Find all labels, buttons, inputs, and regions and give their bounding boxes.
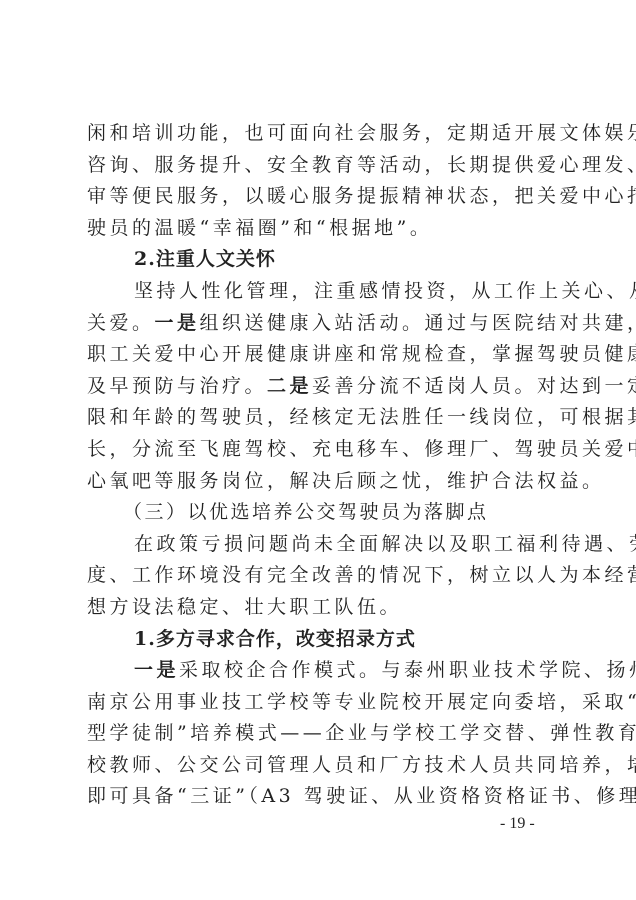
paragraph-line: 坚持人性化管理，注重感情投资，从工作上关心、从生活上	[87, 276, 559, 308]
paragraph-line: 心氧吧等服务岗位，解决后顾之忧，维护合法权益。	[87, 466, 559, 498]
paragraph-line: 限和年龄的驾驶员，经核定无法胜任一线岗位，可根据其经验特	[87, 402, 559, 434]
heading-number: 2.	[134, 248, 156, 270]
subsection-heading-1: 1.多方寻求合作，改变招录方式	[87, 624, 559, 656]
emphasis-text: 一是	[134, 659, 179, 681]
paragraph-line: 在政策亏损问题尚未全面解决以及职工福利待遇、劳动强	[87, 529, 559, 561]
paragraph-line: 校教师、公交公司管理人员和厂方技术人员共同培养，培养合格	[87, 750, 559, 782]
paragraph-line: 度、工作环境没有完全改善的情况下，树立以人为本经营理念，	[87, 560, 559, 592]
page-number: - 19 -	[500, 815, 535, 833]
paragraph-line: 想方设法稳定、壮大职工队伍。	[87, 592, 559, 624]
paragraph-line: 驶员的温暖“幸福圈”和“根据地”。	[87, 213, 559, 245]
paragraph-line: 长，分流至飞鹿驾校、充电移车、修理厂、驾驶员关爱中心、舒	[87, 434, 559, 466]
paragraph-line: 关爱。一是组织送健康入站活动。通过与医院结对共建，定期在	[87, 308, 559, 340]
heading-title: 注重人文关怀	[156, 248, 276, 270]
section-heading-3: （三）以优选培养公交驾驶员为落脚点	[87, 497, 559, 529]
paragraph-line: 闲和培训功能，也可面向社会服务，定期适开展文体娱乐、心理	[87, 118, 559, 150]
section-heading-2: 2.注重人文关怀	[87, 244, 559, 276]
paragraph-line: 咨询、服务提升、安全教育等活动，长期提供爱心理发、驾照年	[87, 150, 559, 182]
paragraph-line: 及早预防与治疗。二是妥善分流不适岗人员。对达到一定服务年	[87, 371, 559, 403]
paragraph-line: 审等便民服务，以暖心服务提振精神状态，把关爱中心打造成驾	[87, 181, 559, 213]
paragraph-line: 一是采取校企合作模式。与泰州职业技术学院、扬州汽校、	[87, 655, 559, 687]
heading-number: 1.	[134, 628, 156, 650]
paragraph-line: 职工关爱中心开展健康讲座和常规检查，掌握驾驶员健康状况，	[87, 339, 559, 371]
text-span: 及早预防与治疗。	[87, 375, 267, 397]
emphasis-text: 一是	[155, 312, 200, 334]
body-text: 闲和培训功能，也可面向社会服务，定期适开展文体娱乐、心理 咨询、服务提升、安全教…	[87, 118, 559, 813]
paragraph-line: 型学徒制”培养模式——企业与学校工学交替、弹性教育，由学	[87, 718, 559, 750]
text-span: 组织送健康入站活动。通过与医院结对共建，定期在	[200, 312, 636, 334]
paragraph-line: 即可具备“三证”（A3 驾驶证、从业资格资格证书、修理工资格	[87, 781, 559, 813]
text-span: 采取校企合作模式。与泰州职业技术学院、扬州汽校、	[179, 659, 636, 681]
emphasis-text: 二是	[267, 375, 312, 397]
text-span: 妥善分流不适岗人员。对达到一定服务年	[312, 375, 636, 397]
paragraph-line: 南京公用事业技工学校等专业院校开展定向委培，采取“企业新	[87, 687, 559, 719]
heading-title: 多方寻求合作，改变招录方式	[156, 628, 416, 650]
document-page: 闲和培训功能，也可面向社会服务，定期适开展文体娱乐、心理 咨询、服务提升、安全教…	[0, 0, 636, 900]
text-span: 关爱。	[87, 312, 155, 334]
